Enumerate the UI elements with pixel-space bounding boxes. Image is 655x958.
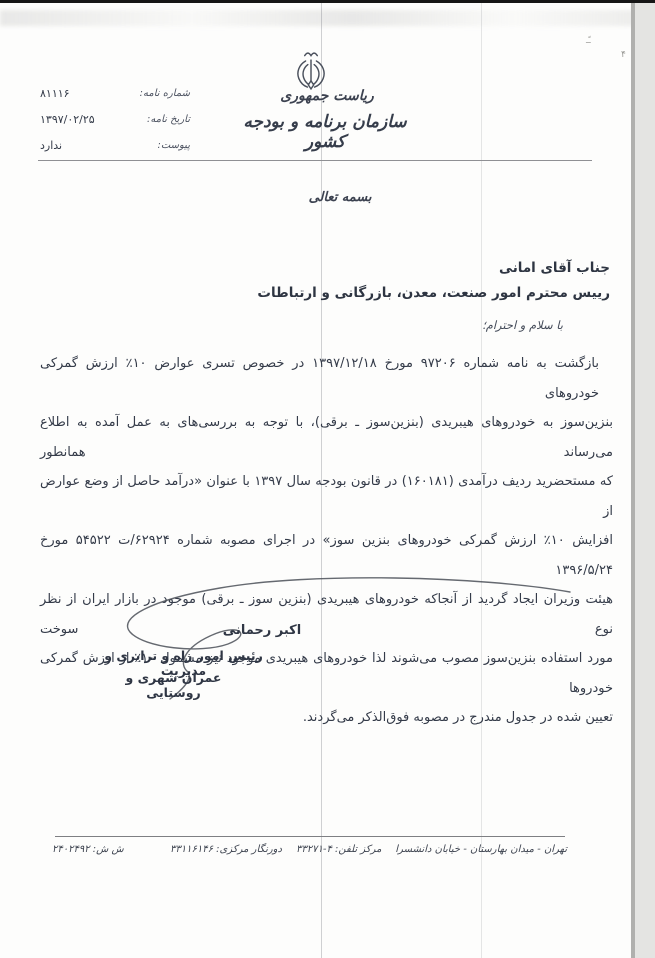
scan-noise xyxy=(0,10,640,26)
recipient-title: رییس محترم امور صنعت، معدن، بازرگانی و ا… xyxy=(257,281,610,306)
salutation-line: با سلام و احترام؛ xyxy=(482,318,563,332)
presidency-line: ریاست جمهوری xyxy=(267,88,387,104)
footer-fax: دورنگار مرکزی: ۳۳۱۱۶۱۴۶ xyxy=(170,844,282,855)
scan-edge-top xyxy=(0,0,655,3)
handwritten-scribble: ـّـ xyxy=(586,36,591,45)
paper-edge-shadow xyxy=(631,3,635,958)
letter-number-row: شماره نامه: ۸۱۱۱۶ xyxy=(40,80,190,106)
recipient-block: جناب آقای امانی رییس محترم امور صنعت، مع… xyxy=(257,256,610,306)
recipient-name: جناب آقای امانی xyxy=(257,256,610,281)
attachment-row: پیوست: ندارد xyxy=(40,132,190,158)
footer-divider xyxy=(55,836,565,837)
letter-meta-fields: شماره نامه: ۸۱۱۱۶ تاریخ نامه: ۱۳۹۷/۰۲/۲۵… xyxy=(40,80,190,158)
letter-date-label: تاریخ نامه: xyxy=(147,114,190,125)
attachment-label: پیوست: xyxy=(157,140,190,151)
letter-number-label: شماره نامه: xyxy=(140,88,190,99)
signer-title-line2: عمران شهری و روستایی xyxy=(101,670,246,700)
footer-phone: مرکز تلفن: ۴-۳۳۲۷۱ xyxy=(296,844,382,855)
body-line: که مستحضرید ردیف درآمدی (۱۶۰۱۸۱) در قانو… xyxy=(40,467,613,526)
scanned-letter-page: ـّـ ۴ ریاست جمهوری سازمان برنامه و بودجه… xyxy=(0,0,655,958)
letter-number-value: ۸۱۱۱۶ xyxy=(40,87,70,100)
iran-coat-of-arms-icon xyxy=(293,50,329,90)
letter-date-value: ۱۳۹۷/۰۲/۲۵ xyxy=(40,113,95,126)
body-line: بنزین‌سوز به خودروهای هیبریدی (بنزین‌سوز… xyxy=(40,408,613,467)
body-line: بازگشت به نامه شماره ۹۷۲۰۶ مورخ ۱۳۹۷/۱۲/… xyxy=(40,349,613,408)
scan-edge-right xyxy=(635,3,655,958)
header-divider xyxy=(38,160,592,161)
footer-registry-code: ش ش: ۲۴۰۲۴۹۲ xyxy=(52,844,124,855)
organization-name: سازمان برنامه و بودجه کشور xyxy=(230,112,420,152)
signer-name: اکبر رحمانی xyxy=(222,623,302,638)
handwritten-corner-mark: ۴ xyxy=(621,50,626,60)
attachment-value: ندارد xyxy=(40,139,62,152)
besmele-line: بسمه تعالی xyxy=(285,190,395,205)
letter-date-row: تاریخ نامه: ۱۳۹۷/۰۲/۲۵ xyxy=(40,106,190,132)
footer-address: تهران - میدان بهارستان - خیابان دانشسرا xyxy=(395,844,567,855)
